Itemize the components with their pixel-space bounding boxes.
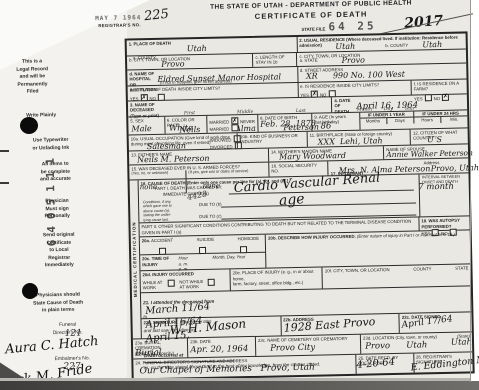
injury-county-label: COUNTY (413, 267, 431, 273)
city-of-death-value: Provo (161, 59, 185, 68)
suicide-label: SUICIDE (197, 237, 215, 243)
check-mark-icon: ✗ (312, 90, 317, 97)
sex-label: 5. SEX (130, 118, 162, 124)
box20a-number: 20a. (142, 239, 150, 244)
due-to-c-label: DUE TO (c) (199, 214, 221, 220)
field-burial-date: 23b. DATE Apr. 20, 1964 (187, 337, 255, 357)
accident-label: 20a. ACCIDENT (142, 238, 173, 244)
citizen-value: U S (427, 135, 442, 144)
field-describe-injury: 20b. DESCRIBE HOW INJURY OCCURRED. (Ente… (265, 231, 470, 268)
punch-hole-top (20, 117, 38, 134)
field-occupation: 10a. USUAL OCCUPATION (Give kind of work… (129, 133, 238, 150)
burial-date-value: Apr. 20, 1964 (190, 344, 248, 355)
medical-certification-text: MEDICAL CERTIFICATION (132, 222, 139, 298)
field-spouse-name: NAME OF SPOUSE Annie Walker Peterson (383, 144, 468, 159)
field-date-received: 25. DATE RECD. BY LOCAL REG. 4-20-64 (355, 354, 413, 374)
hours-label: Hours (414, 117, 441, 123)
punch-hole-bottom (22, 283, 38, 299)
homicide-label: HOMICIDE (238, 236, 260, 242)
margin-note-write-plainly: Write Plainly (12, 112, 70, 121)
field-burial-type: 23a. BURIAL, CREMATION, REMOVAL (Specify… (133, 338, 188, 358)
due-to-b-value: age (278, 191, 305, 209)
min-label: Min. (441, 117, 467, 123)
hospital-value: Eldred Sunset Manor Hospital (157, 72, 281, 84)
field-armed-forces: 15. WAS DECEASED EVER IN U. S. ARMED FOR… (129, 163, 268, 180)
armed-forces-note2: (If yes, give war or dates of service) (188, 169, 266, 175)
field-cemetery: 23c. NAME OF CEMETERY OR CREMATORY Provo… (255, 335, 360, 356)
certificate-scan: MAY 7 1964 REGISTRAR'S NO. 225 THE STATE… (0, 0, 479, 390)
field-marital-status: MARRIED✗NEVER MARRIED WIDOWEDDIVORCED (206, 115, 257, 133)
field-mother-name: 14. MOTHER'S MAIDEN NAME Mary Woodward (268, 146, 383, 161)
name-title: 3. NAME OF DECEASED (Type or print) (130, 102, 161, 116)
funeral-director-signature: Aura C. Hatch (5, 334, 100, 357)
field-registrar-signature: 26. REGISTRAR'S SIGNATURE E. Eddington M… (413, 352, 473, 372)
describe-injury-label: 20b. DESCRIBE HOW INJURY OCCURRED. (268, 234, 356, 241)
injury-city-label: 20f. CITY, TOWN, OR LOCATION (325, 267, 390, 274)
not-while-at-work-label: NOT WHILE AT WORK (179, 279, 203, 290)
injury-rows: 20a. ACCIDENTSUICIDEHOMICIDE 20c. TIME O… (140, 230, 471, 271)
residence-city-label: c. CITY, TOWN, OR LOCATION (299, 50, 464, 59)
place-of-injury-label: 20e. PLACE OF INJURY (e. g., in or about… (233, 269, 321, 287)
document-body: MAY 7 1964 REGISTRAR'S NO. 225 THE STATE… (0, 0, 479, 390)
place-of-death-title: 1. PLACE OF DEATH (129, 38, 295, 47)
field-date-signed: 22c. DATE SIGNED April 17/64 (399, 313, 472, 333)
margin-note-legal-record: This is a Legal Record and will be Perma… (3, 58, 62, 97)
months-label: Months (360, 118, 387, 124)
medical-certification-block: MEDICAL CERTIFICATION 18. CAUSE OF DEATH… (130, 172, 472, 338)
due-to-b-line (221, 202, 416, 207)
time-of-injury-hour: Hour a. m. p. m. (178, 255, 212, 269)
field-funeral-director: 24. FUNERAL DIRECTOR'S SIGNATURE AND ADD… (133, 355, 355, 379)
street-address-value: XR 990 No. 100 West (306, 70, 405, 81)
certificate-form: 1. PLACE OF DEATH a. COUNTY Utah 2. USUA… (125, 31, 475, 380)
field-age: 9. AGE (In years last birthday) 86 (311, 113, 359, 131)
field-residence-farm: f. IS RESIDENCE ON A FARM? YESNO✗ (411, 79, 467, 94)
field-injury-occurred: 20d. INJURY OCCURRED WHILE AT WORK NOT W… (140, 270, 230, 293)
field-physician-address: 22b. ADDRESS 1928 East Provo (280, 314, 399, 335)
cemetery-state-value: Utah (451, 337, 472, 347)
field-business-industry: 10b. KIND OF BUSINESS OR INDUSTRY (237, 132, 307, 148)
check-mark-icon: ✗ (232, 117, 237, 124)
residence-city-limits-label: e. IS RESIDENCE INSIDE CITY LIMITS? (300, 82, 409, 90)
field-color-race: 6. COLOR OR RACE White (164, 116, 207, 134)
field-autopsy: 19. WAS AUTOPSY PERFORMED? YESNO (418, 217, 469, 231)
under-24-hrs-header: IF UNDER 24 HRS (414, 110, 467, 116)
paper-right-edge (470, 0, 471, 382)
days-label: Days (387, 118, 414, 124)
residence-state-value: Utah (335, 42, 355, 51)
suicide-checkbox (199, 247, 206, 254)
field-birthplace: 11. BIRTHPLACE (State or foreign country… (307, 130, 411, 147)
field-cemetery-location: 23d. LOCATION (City, town, or county)(St… (360, 332, 472, 353)
county-value: Utah (187, 44, 207, 53)
margin-note-send-original: Send original Certificate to Local Regis… (29, 231, 90, 270)
medical-rows: 18. CAUSE OF DEATH [Enter only one cause… (138, 173, 471, 338)
field-length-of-stay: c. LENGTH OF STAY IN 1b (252, 53, 296, 67)
date-of-birth-value: Feb. 28, 1878 (260, 119, 316, 129)
sex-value: Male (131, 124, 151, 133)
birthplace-value: XXX Lehi, Utah (318, 136, 383, 146)
interval-value: 7 month (418, 182, 454, 193)
married-checkbox-checked: ✗ (231, 117, 238, 124)
date-of-death-title: 4. DATE OF DEATH (334, 98, 352, 114)
accident-checkbox (159, 248, 166, 255)
time-of-injury-date: Month, Day, Year (212, 254, 263, 268)
burial-type-value: Burial (135, 348, 162, 359)
armed-forces-note1: (Yes, no, or unknown) (131, 171, 183, 177)
mother-name-value: Mary Woodward (279, 151, 346, 161)
interval-c-cell (420, 207, 470, 217)
time-of-injury-label: 20c. TIME OF INJURY (142, 256, 179, 270)
describe-injury-note: (Enter nature of injury in Part I or Par… (357, 232, 455, 239)
city-of-death-label: b. CITY, TOWN, OR LOCATION (129, 55, 251, 63)
scan-bottom-band (0, 381, 479, 390)
vertical-file-number-stamp: 6405111 (43, 134, 59, 264)
field-date-of-birth: 8. DATE OF BIRTH Feb. 28, 1878 (257, 114, 312, 132)
field-residence-city-limits: e. IS RESIDENCE INSIDE CITY LIMITS? YES✗… (297, 81, 411, 97)
check-mark-icon: ✗ (141, 94, 146, 101)
field-age-under-one: IF UNDER 1 YEAR IF UNDER 24 HRS Months D… (359, 110, 468, 129)
social-security-label: 16. SOCIAL SECURITY NO. (271, 162, 326, 174)
field-time-of-injury: 20c. TIME OF INJURY Hour a. m. p. m. Mon… (140, 253, 266, 271)
residence-farm-label: f. IS RESIDENCE ON A FARM? (414, 80, 465, 92)
interval-b-cell (419, 192, 469, 208)
margin-tick-1 (0, 150, 9, 152)
field-interval: INTERVAL BETWEEN ONSET AND DEATH 7 month (419, 173, 469, 193)
state-file-label: STATE FILE (301, 26, 325, 32)
registrar-no-label: REGISTRAR'S NO. (98, 22, 141, 28)
color-race-value: White (169, 123, 193, 132)
field-date-of-death: 4. DATE OF DEATH Month Day Year April 16… (331, 94, 467, 112)
state-file-stamp: 64 25 (328, 19, 376, 33)
length-of-stay-label: c. LENGTH OF STAY IN 1b (255, 54, 294, 66)
field-physician-signature: 22a. SIGNATURE (Degree or title) W. H. M… (141, 317, 280, 339)
received-date-stamp: MAY 7 1964 (95, 14, 141, 22)
due-to-b-label: DUE TO (b) (199, 201, 222, 207)
cemetery-location-value: Provo Utah (365, 340, 427, 351)
father-name-value: Neils M. Peterson (137, 154, 210, 165)
residence-county-value: Utah (422, 40, 442, 49)
field-city-of-death: b. CITY, TOWN, OR LOCATION Provo (127, 54, 253, 70)
homicide-checkbox (240, 246, 247, 253)
state-file-handwritten: 2017 (404, 13, 444, 32)
injury-occurred-label: 20d. INJURY OCCURRED (142, 271, 227, 278)
business-industry-label: 10b. KIND OF BUSINESS OR INDUSTRY (240, 133, 305, 145)
date-received-value: 4-20-64 (356, 357, 395, 371)
field-citizen: 12. CITIZEN OF WHAT COUNTRY? U S (410, 128, 468, 144)
injury-left-column: 20a. ACCIDENTSUICIDEHOMICIDE 20c. TIME O… (140, 235, 266, 271)
spouse-name-value: Annie Walker Peterson (386, 148, 473, 159)
never-married-checkbox (231, 125, 238, 132)
field-place-of-injury: 20e. PLACE OF INJURY (e. g., in or about… (229, 268, 322, 291)
residence-city-value: Provo (341, 56, 365, 65)
married-label: MARRIED (209, 119, 229, 124)
while-at-work-label: WHILE AT WORK (143, 280, 163, 291)
injury-state-label: STATE (455, 266, 468, 272)
margin-tick-2 (0, 182, 9, 184)
while-at-work-checkbox (167, 279, 174, 286)
age-value: 86 (320, 121, 331, 131)
date-of-death-value: April 16, 1964 (356, 100, 418, 111)
informant-address-value: Provo, Utah (431, 163, 479, 173)
field-sex: 5. SEX Male (128, 117, 164, 135)
not-while-at-work-checkbox (208, 279, 215, 286)
cemetery-value: Provo City (270, 343, 315, 354)
residence-county-label: b. COUNTY (385, 43, 408, 49)
